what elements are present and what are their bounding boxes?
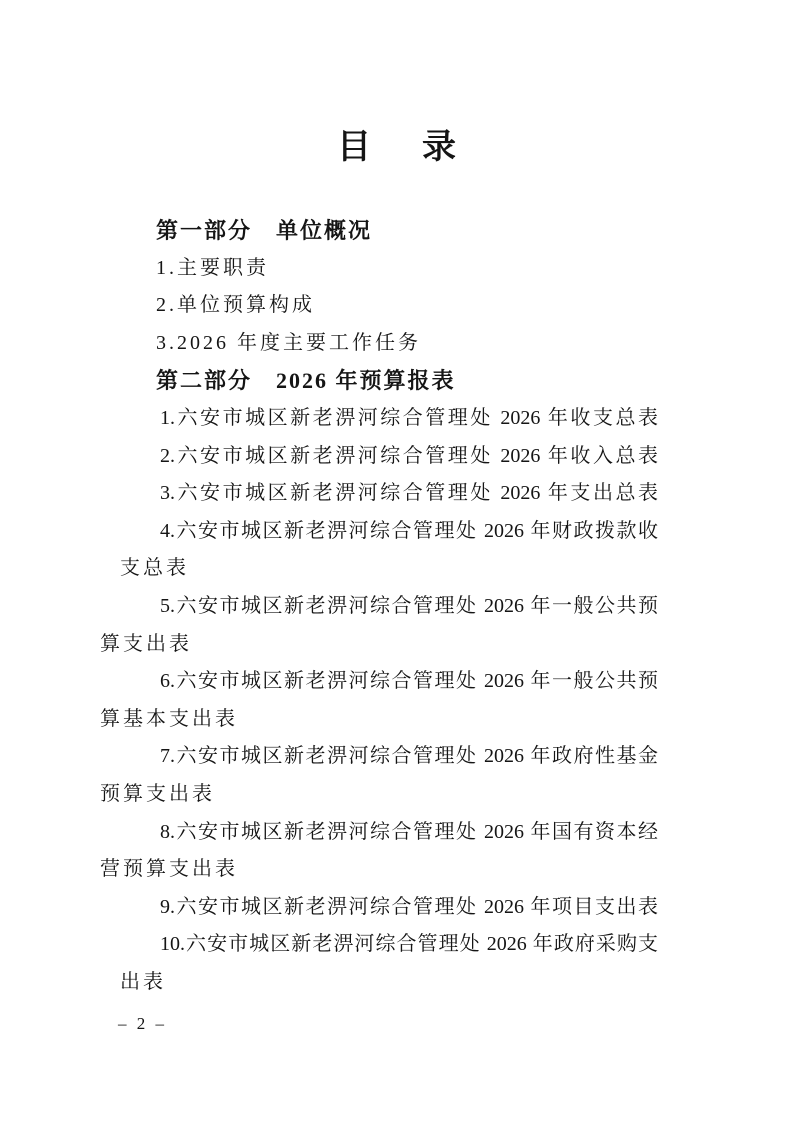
document-page: 目录 第一部分 单位概况 1.主要职责 2.单位预算构成 3.2026 年度主要… xyxy=(0,0,793,1122)
toc-item-part2-8-continuation: 营预算支出表 xyxy=(100,851,658,889)
toc-item-part2-5-continuation: 算支出表 xyxy=(100,626,658,664)
page-number: – 2 – xyxy=(118,1012,167,1036)
section-heading-part1: 第一部分 单位概况 xyxy=(100,212,658,250)
toc-content: 第一部分 单位概况 1.主要职责 2.单位预算构成 3.2026 年度主要工作任… xyxy=(100,212,658,1001)
toc-item-part2-6-continuation: 算基本支出表 xyxy=(100,701,658,739)
toc-item-part2-5: 5.六安市城区新老淠河综合管理处 2026 年一般公共预 xyxy=(100,588,658,626)
toc-item-part1-3: 3.2026 年度主要工作任务 xyxy=(100,325,658,363)
toc-item-part1-2: 2.单位预算构成 xyxy=(100,287,658,325)
toc-item-part2-1: 1.六安市城区新老淠河综合管理处 2026 年收支总表 xyxy=(100,400,658,438)
toc-item-part2-9: 9.六安市城区新老淠河综合管理处 2026 年项目支出表 xyxy=(100,889,658,927)
toc-item-part2-6: 6.六安市城区新老淠河综合管理处 2026 年一般公共预 xyxy=(100,663,658,701)
toc-item-part2-2: 2.六安市城区新老淠河综合管理处 2026 年收入总表 xyxy=(100,438,658,476)
toc-item-part2-4: 4.六安市城区新老淠河综合管理处 2026 年财政拨款收 xyxy=(100,513,658,551)
toc-item-part1-1: 1.主要职责 xyxy=(100,250,658,288)
page-title: 目录 xyxy=(0,126,793,170)
toc-item-part2-10: 10.六安市城区新老淠河综合管理处 2026 年政府采购支 xyxy=(100,926,658,964)
toc-item-part2-10-continuation: 出表 xyxy=(100,964,658,1002)
toc-item-part2-7: 7.六安市城区新老淠河综合管理处 2026 年政府性基金 xyxy=(100,738,658,776)
toc-item-part2-7-continuation: 预算支出表 xyxy=(100,776,658,814)
section-heading-part2: 第二部分 2026 年预算报表 xyxy=(100,362,658,400)
page-title-text: 目录 xyxy=(286,129,507,166)
toc-item-part2-8: 8.六安市城区新老淠河综合管理处 2026 年国有资本经 xyxy=(100,814,658,852)
toc-item-part2-4-continuation: 支总表 xyxy=(100,550,658,588)
toc-item-part2-3: 3.六安市城区新老淠河综合管理处 2026 年支出总表 xyxy=(100,475,658,513)
